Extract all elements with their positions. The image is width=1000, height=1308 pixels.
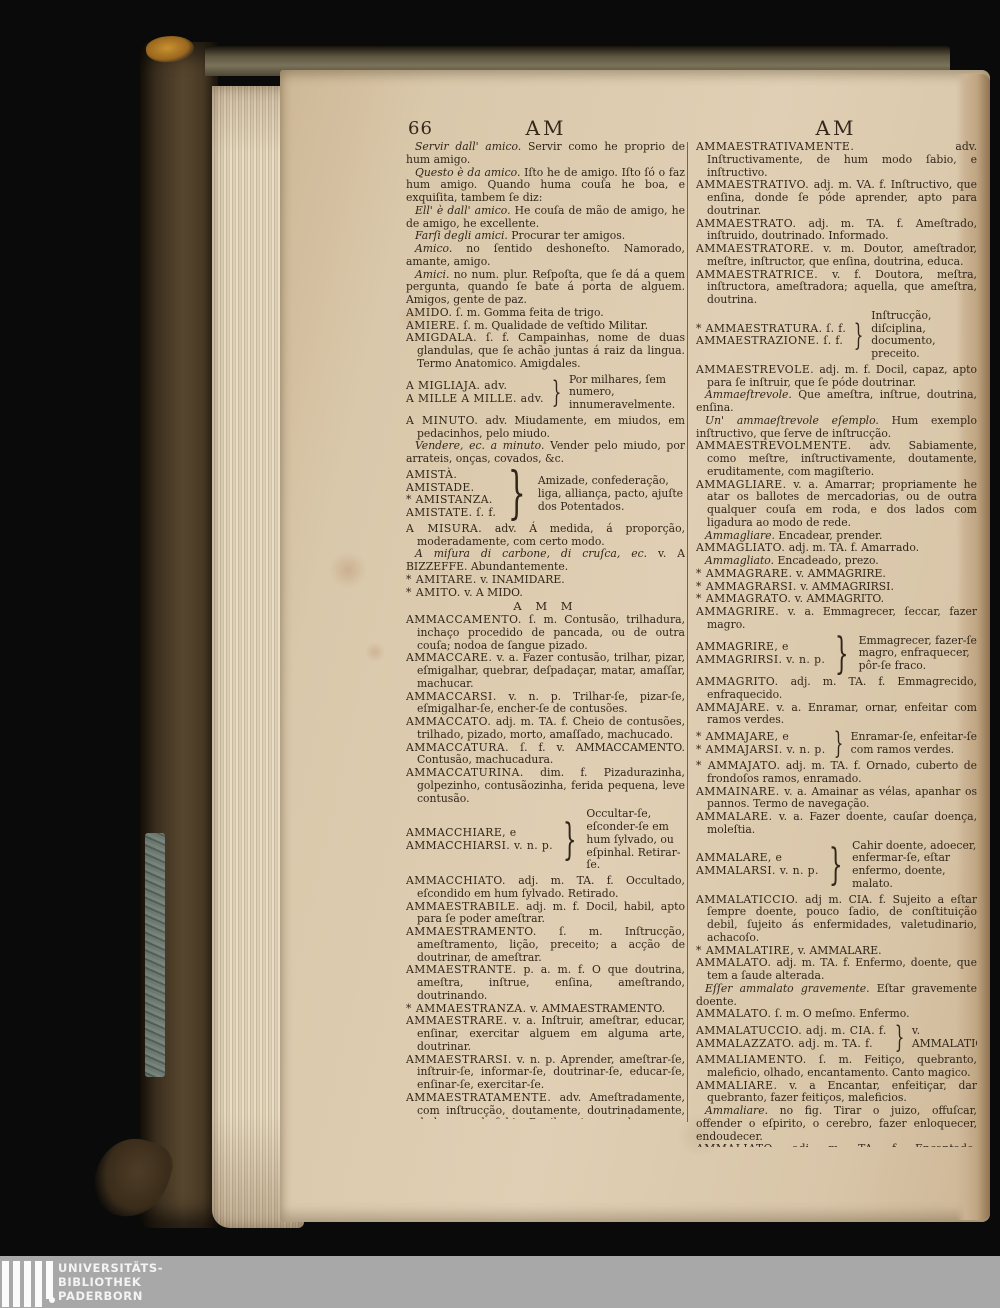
headword: AMMALATO. [696, 956, 771, 969]
headword: AMMAESTRANTE. [406, 963, 517, 976]
left-column: Servir dall' amico. Servir como he propr… [406, 141, 685, 1119]
headword: AMMACCATURINA. [406, 766, 524, 779]
brace-headword: * AMMAJARE, e [696, 731, 826, 744]
usage-note: Eſſer ammalato gravemente. Eſtar graveme… [696, 983, 977, 1009]
italic-lead: Farſi degli amici. [415, 229, 508, 242]
headword: AMMACCATO. [406, 715, 491, 728]
dictionary-entry: AMMALATICCIO. adj m. CIA. f. Sujeito a e… [696, 894, 977, 945]
brace-definition: Enramar-ſe, enfeitar-ſe com ramos verdes… [851, 731, 977, 757]
brace-group: * AMMAESTRATURA. ſ. f.AMMAESTRAZIONE. ſ.… [696, 310, 977, 361]
brace-group: AMMALARE, eAMMALARSI. v. n. p.}Cahir doe… [696, 840, 977, 891]
dictionary-entry: AMMAESTRATRICE. v. f. Doutora, meſtra, i… [696, 269, 977, 307]
brace-group: AMMACCHIARE, eAMMACCHIARSI. v. n. p.}Occ… [406, 808, 685, 872]
italic-lead: Amici. [415, 268, 449, 281]
dictionary-entry: AMMACCATURINA. dim. f. Pizadurazinha, go… [406, 767, 685, 805]
headword: AMMAESTRATAMENTE. [406, 1091, 551, 1104]
brace-items: AMMALARE, eAMMALARSI. v. n. p. [696, 852, 819, 878]
dictionary-entry: AMMAGRITO. adj. m. TA. f. Emmagrecido, e… [696, 676, 977, 702]
brace-items: A MIGLIAJA. adv.A MILLE A MILLE. adv. [406, 380, 544, 406]
headword: A MISURA. [406, 522, 482, 535]
headword: AMMALIARE. [696, 1079, 777, 1092]
usage-note: Amico. no ſentido deshoneſto. Namorado, … [406, 243, 685, 269]
headword: * AMITARE. [406, 573, 477, 586]
library-watermark-bar: UNIVERSITÄTS- BIBLIOTHEK PADERBORN [0, 1256, 1000, 1308]
headword: AMMAESTRATIVO. [696, 178, 809, 191]
headword: * AMMAGRARE. [696, 567, 793, 580]
dictionary-entry: AMMALATO. ſ. m. O meſmo. Enfermo. [696, 1008, 977, 1021]
dictionary-entry: AMMAESTRATORE. v. m. Doutor, ameſtrador,… [696, 243, 977, 269]
italic-lead: A miſura di carbone, di cruſca, ec. [415, 547, 647, 560]
italic-lead: Amico. [415, 242, 452, 255]
right-column: AMMAESTRATIVAMENTE. adv. Inſtructivament… [696, 141, 977, 1147]
headword: AMMALATICCIO. [696, 893, 799, 906]
usage-note: Vendere, ec. a minuto. Vender pelo miudo… [406, 440, 685, 466]
italic-lead: Un' ammaeſtrevole eſemplo. [705, 414, 879, 427]
logo-bar [35, 1261, 42, 1307]
brace-items: * AMMAESTRATURA. ſ. f.AMMAESTRAZIONE. ſ.… [696, 323, 846, 349]
headword: AMMAESTRAMENTO. [406, 925, 537, 938]
brace-headword: AMMALATUCCIO. adj. m. CIA. f. [696, 1025, 887, 1038]
brace-headword: AMMALAZZATO. adj. m. TA. f. [696, 1038, 887, 1051]
headword: AMMAJARE. [696, 701, 770, 714]
brace-headword: A MILLE A MILLE. adv. [406, 393, 544, 406]
dictionary-entry: AMMALARE. v. a. Fazer doente, cauſar doe… [696, 811, 977, 837]
dictionary-entry: AMMAESTRATIVAMENTE. adv. Inſtructivament… [696, 141, 977, 179]
usage-note: Ammaeſtrevole. Que ameſtra, inſtrue, dou… [696, 389, 977, 415]
library-name-line: PADERBORN [58, 1289, 163, 1303]
headword: * AMITO. [406, 586, 461, 599]
headword: AMMAINARE. [696, 785, 780, 798]
usage-note: A miſura di carbone, di cruſca, ec. v. A… [406, 548, 685, 574]
headword: * AMMAESTRANZA. [406, 1002, 527, 1015]
brace-group: * AMMAJARE, e* AMMAJARSI. v. n. p.}Enram… [696, 730, 977, 757]
dictionary-entry: AMMAESTRARSI. v. n. p. Aprender, ameſtra… [406, 1054, 685, 1092]
brace-headword: AMMAGRIRE, e [696, 641, 825, 654]
headword: AMMALARE. [696, 810, 773, 823]
headword: A MINUTO. [406, 414, 478, 427]
dictionary-entry: A MINUTO. adv. Miudamente, em miudos, em… [406, 415, 685, 441]
usage-note: Un' ammaeſtrevole eſemplo. Hum exemplo i… [696, 415, 977, 441]
headword: AMMACCARE. [406, 651, 492, 664]
headword: AMMACCATURA. [406, 741, 509, 754]
headword: AMMAESTREVOLE. [696, 363, 814, 376]
italic-lead: Questo è da amico. [415, 166, 520, 179]
headword: AMMAESTRATRICE. [696, 268, 818, 281]
brace-group: AMMALATUCCIO. adj. m. CIA. f.AMMALAZZATO… [696, 1024, 977, 1051]
dictionary-entry: AMMACCATO. adj. m. TA. f. Cheio de contu… [406, 716, 685, 742]
headword: * AMMALATIRE, [696, 944, 794, 957]
brace-definition: Amizade, confederação, liga, alliança, p… [538, 475, 685, 513]
dictionary-entry: * AMMAJATO. adj. m. TA. f. Ornado, cuber… [696, 760, 977, 786]
headword: AMMAESTRARE. [406, 1014, 508, 1027]
dictionary-entry: AMMAESTRATIVO. adj. m. VA. f. Inſtructiv… [696, 179, 977, 217]
brace-definition: v. AMMALATICCIO. [912, 1025, 977, 1051]
headword: AMMAGRITO. [696, 675, 779, 688]
headword: AMMAESTRATORE. [696, 242, 814, 255]
headword: AMMAGLIATO. [696, 541, 785, 554]
headword: AMMAESTRARSI. [406, 1053, 512, 1066]
dictionary-entry: AMMAESTRANTE. p. a. m. f. O que doutrina… [406, 964, 685, 1002]
dictionary-entry: AMIGDALA. ſ. f. Campainhas, nome de duas… [406, 332, 685, 370]
scan-viewer: { "page": { "number": "66", "left_header… [0, 0, 1000, 1308]
dictionary-entry: AMMALIAMENTO. ſ. m. Feitiço, quebranto, … [696, 1054, 977, 1080]
dictionary-entry: * AMITO. v. A MIDO. [406, 587, 685, 600]
italic-lead: Servir dall' amico. [415, 141, 521, 153]
dictionary-entry: AMMAESTREVOLE. adj. m. f. Docil, capaz, … [696, 364, 977, 390]
brace-headword: A MIGLIAJA. adv. [406, 380, 544, 393]
usage-note: Ell' è dall' amico. He couſa de mão de a… [406, 205, 685, 231]
brace-headword: AMMAESTRAZIONE. ſ. f. [696, 335, 846, 348]
logo-bar [2, 1261, 9, 1307]
library-name-line: BIBLIOTHEK [58, 1275, 163, 1289]
headword: AMMACCAMENTO. [406, 613, 522, 626]
section-heading: A M M [406, 600, 685, 613]
dictionary-entry: AMMACCATURA. ſ. f. v. AMMACCAMENTO. Cont… [406, 742, 685, 768]
dictionary-entry: AMMACCARE. v. a. Fazer contusão, trilhar… [406, 652, 685, 690]
logo-bar [13, 1261, 20, 1307]
brace-definition: Por milhares, ſem numero, innumeravelmen… [569, 374, 685, 412]
brace-group: A MIGLIAJA. adv.A MILLE A MILLE. adv.}Po… [406, 374, 685, 412]
brace-icon: } [895, 1024, 905, 1051]
headword: AMMAESTRABILE. [406, 900, 520, 913]
dictionary-entry: AMMAINARE. v. a. Amainar as vélas, apanh… [696, 786, 977, 812]
brace-icon: } [552, 379, 562, 406]
brace-definition: Emmagrecer, fazer-ſe magro, enfraquecer,… [859, 635, 977, 673]
headword: AMMALIATO. [696, 1142, 776, 1147]
dictionary-entry: A MISURA. adv. Á medida, á proporção, mo… [406, 523, 685, 549]
italic-lead: Eſſer ammalato gravemente. [705, 982, 870, 995]
brace-headword: AMISTÀ. [406, 469, 496, 482]
brace-icon: } [563, 821, 577, 860]
headword: AMMALATO. [696, 1007, 771, 1020]
brace-icon: } [854, 322, 864, 349]
dictionary-entry: AMMAJARE. v. a. Enramar, ornar, enfeitar… [696, 702, 977, 728]
brace-icon: } [829, 846, 843, 885]
dictionary-entry: AMMALIATO. adj. m. TA. f. Encantado, enf… [696, 1143, 977, 1147]
brace-headword: AMMAGRIRSI. v. n. p. [696, 654, 825, 667]
library-name: UNIVERSITÄTS- BIBLIOTHEK PADERBORN [58, 1261, 163, 1303]
headword: * AMMAGRATO. [696, 592, 791, 605]
dictionary-entry: AMMAGLIARE. v. a. Amarrar; propriamente … [696, 479, 977, 530]
logo-bar [24, 1261, 31, 1307]
italic-lead: Ammaliare. [705, 1104, 768, 1117]
brace-headword: * AMMAJARSI. v. n. p. [696, 744, 826, 757]
dictionary-entry: AMMACCHIATO. adj. m. TA. f. Occultado, e… [406, 875, 685, 901]
dictionary-entry: AMMALATO. adj. m. TA. f. Enfermo, doente… [696, 957, 977, 983]
dictionary-entry: AMMACCARSI. v. n. p. Trilhar-ſe, pizar-ſ… [406, 691, 685, 717]
running-head-left: AM [408, 116, 684, 140]
italic-lead: Ammaeſtrevole. [705, 388, 792, 401]
brace-group: AMISTÀ.AMISTADE.* AMISTANZA.AMISTATE. ſ.… [406, 469, 685, 520]
library-name-line: UNIVERSITÄTS- [58, 1261, 163, 1275]
brace-items: AMMAGRIRE, eAMMAGRIRSI. v. n. p. [696, 641, 825, 667]
headword: AMIGDALA. [406, 331, 477, 344]
usage-note: Amici. no num. plur. Reſpoſta, que ſe dá… [406, 269, 685, 307]
brace-items: * AMMAJARE, e* AMMAJARSI. v. n. p. [696, 731, 826, 757]
brace-headword: AMMACCHIARSI. v. n. p. [406, 840, 553, 853]
dictionary-entry: AMMAESTREVOLMENTE. adv. Sabiamente, como… [696, 440, 977, 478]
dictionary-entry: AMMAESTRATAMENTE. adv. Ameſtradamente, c… [406, 1092, 685, 1119]
italic-lead: Ammagliato. [705, 554, 774, 567]
library-logo-icon [2, 1261, 53, 1307]
headword: AMMALIAMENTO. [696, 1053, 807, 1066]
dictionary-entry: AMMACCAMENTO. ſ. m. Contusão, trilhadura… [406, 614, 685, 652]
brace-headword: AMMALARSI. v. n. p. [696, 865, 819, 878]
dictionary-entry: AMMAESTRATO. adj. m. TA. f. Ameſtrado, i… [696, 218, 977, 244]
brace-group: AMMAGRIRE, eAMMAGRIRSI. v. n. p.}Emmagre… [696, 635, 977, 674]
brace-definition: Cahir doente, adoecer, enfermar-ſe, eſta… [852, 840, 977, 891]
brace-headword: AMISTATE. ſ. f. [406, 507, 496, 520]
headword: AMMACCARSI. [406, 690, 497, 703]
headword: AMMAESTRATIVAMENTE. [696, 141, 854, 153]
screenshot-root: * { box-sizing: border-box; } html,body … [0, 0, 1000, 1308]
usage-note: Ammaliare. no fig. Tirar o juizo, offuſc… [696, 1105, 977, 1143]
running-head-right: AM [697, 116, 975, 140]
brace-items: AMISTÀ.AMISTADE.* AMISTANZA.AMISTATE. ſ.… [406, 469, 496, 520]
dictionary-entry: AMMAESTRARE. v. a. Inſtruir, ameſtrar, e… [406, 1015, 685, 1053]
brace-definition: Inſtrucção, diſciplina, documento, prece… [871, 310, 977, 361]
headword: AMMACCHIATO. [406, 874, 506, 887]
usage-note: Servir dall' amico. Servir como he propr… [406, 141, 685, 167]
brace-icon: } [508, 469, 526, 519]
logo-bar [46, 1261, 53, 1299]
headword: * AMMAGRARSI. [696, 580, 797, 593]
italic-lead: Ammagliare. [705, 529, 775, 542]
brace-icon: } [833, 730, 843, 757]
headword: * AMMAJATO. [696, 759, 780, 772]
brace-icon: } [835, 635, 849, 674]
headword: AMMAGLIARE. [696, 478, 787, 491]
headword: AMMAESTRATO. [696, 217, 796, 230]
headword: AMMAESTREVOLMENTE. [696, 439, 852, 452]
usage-note: Questo è da amico. Iſto he de amigo. Iſt… [406, 167, 685, 205]
headword: AMMAGRIRE. [696, 605, 779, 618]
dictionary-entry: AMMALIARE. v. a Encantar, enfeitiçar, da… [696, 1080, 977, 1106]
brace-items: AMMACCHIARE, eAMMACCHIARSI. v. n. p. [406, 827, 553, 853]
headword: AMIDO. [406, 306, 452, 319]
brace-definition: Occultar-ſe, eſconder-ſe em hum ſylvado,… [586, 808, 685, 872]
spine-marble-detail [145, 833, 165, 1077]
italic-lead: Ell' è dall' amico. [415, 204, 511, 217]
dictionary-entry: AMMAESTRAMENTO. ſ. m. Inſtrucção, ameſtr… [406, 926, 685, 964]
dictionary-entry: AMMAESTRABILE. adj. m. f. Docil, habil, … [406, 901, 685, 927]
column-divider-rule [687, 142, 688, 1122]
headword: AMIERE. [406, 319, 460, 332]
logo-dot [49, 1297, 55, 1303]
brace-items: AMMALATUCCIO. adj. m. CIA. f.AMMALAZZATO… [696, 1025, 887, 1051]
italic-lead: Vendere, ec. a minuto. [415, 439, 544, 452]
